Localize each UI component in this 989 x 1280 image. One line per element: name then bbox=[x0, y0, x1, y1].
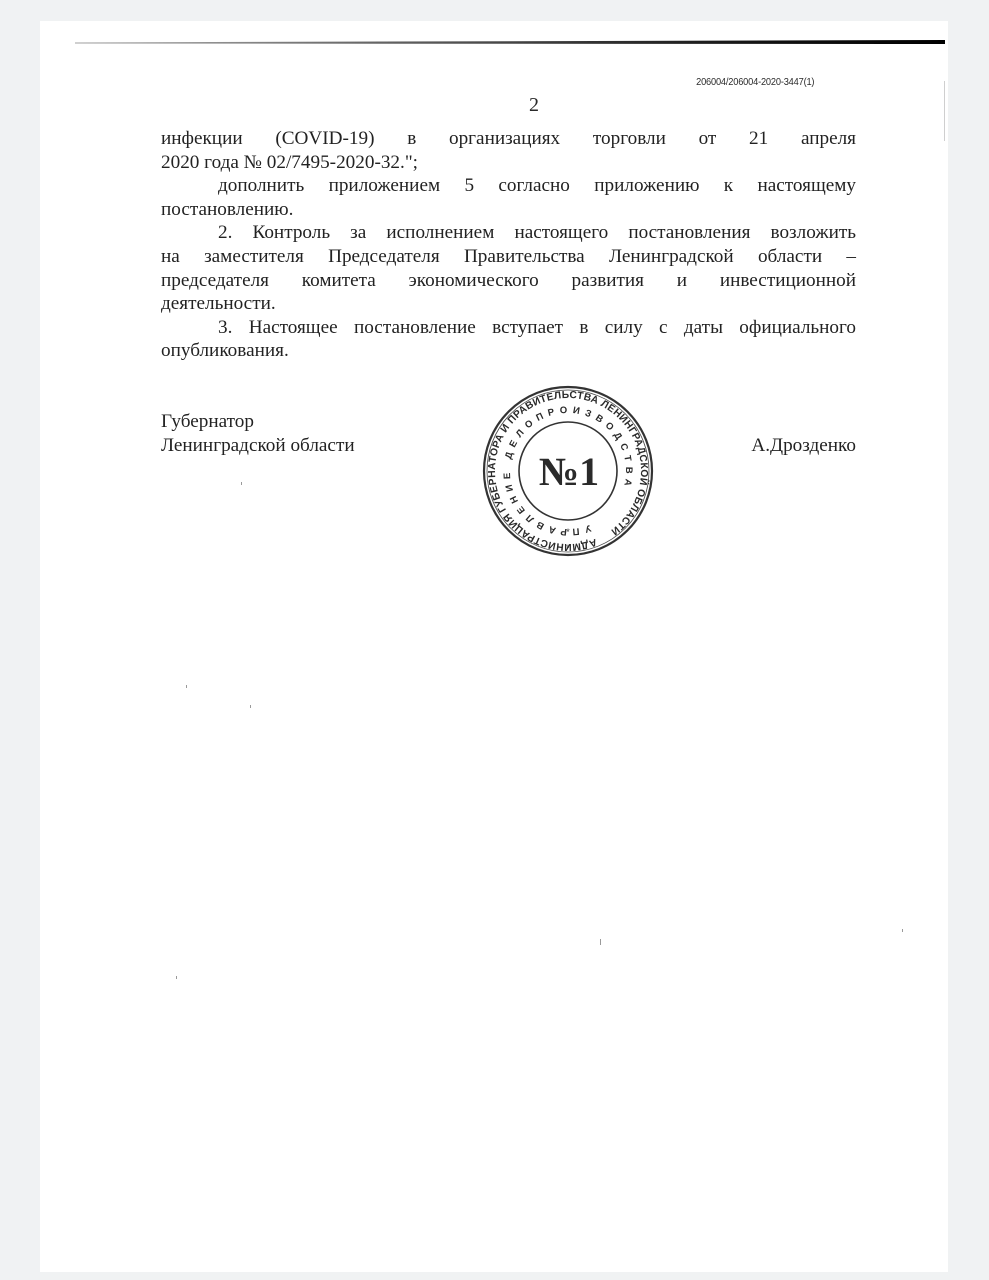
signatory-name: А.Дрозденко bbox=[751, 434, 856, 458]
stamp-separator-inner: * bbox=[566, 527, 570, 537]
scan-speck bbox=[176, 976, 177, 979]
page-number-text: 2 bbox=[529, 94, 539, 116]
scan-edge-mark bbox=[944, 81, 945, 141]
scan-speck bbox=[250, 705, 251, 708]
page-number: 2 bbox=[40, 94, 948, 117]
scan-speck bbox=[186, 685, 187, 688]
text-line: инфекции (COVID-19) в организациях торго… bbox=[161, 127, 856, 151]
text-line: дополнить приложением 5 согласно приложе… bbox=[161, 174, 856, 198]
scan-speck bbox=[241, 482, 242, 485]
text-line: 2020 года № 02/7495-2020-32."; bbox=[161, 151, 856, 175]
text-line: на заместителя Председателя Правительств… bbox=[161, 245, 856, 269]
stamp-seal-icon: АДМИНИСТРАЦИЯ ГУБЕРНАТОРА И ПРАВИТЕЛЬСТВ… bbox=[482, 385, 654, 557]
scan-speck bbox=[902, 929, 903, 932]
reference-number: 206004/206004-2020-3447(1) bbox=[696, 76, 814, 88]
text-line: председателя комитета экономического раз… bbox=[161, 269, 856, 293]
official-stamp: АДМИНИСТРАЦИЯ ГУБЕРНАТОРА И ПРАВИТЕЛЬСТВ… bbox=[482, 385, 654, 557]
text-line: деятельности. bbox=[161, 292, 856, 316]
text-line: постановлению. bbox=[161, 198, 856, 222]
paragraph-continuation: инфекции (COVID-19) в организациях торго… bbox=[161, 127, 856, 174]
signatory-title: Губернатор Ленинградской области bbox=[161, 410, 355, 458]
text-line: опубликования. bbox=[161, 339, 856, 363]
stamp-center-number: №1 bbox=[539, 449, 599, 494]
paragraph-appendix: дополнить приложением 5 согласно приложе… bbox=[161, 174, 856, 221]
document-body: инфекции (COVID-19) в организациях торго… bbox=[161, 127, 856, 363]
scan-speck bbox=[600, 939, 601, 945]
signatory-title-line1: Губернатор bbox=[161, 410, 355, 434]
document-page: 206004/206004-2020-3447(1) 2 инфекции (C… bbox=[40, 21, 948, 1272]
paragraph-control: 2. Контроль за исполнением настоящего по… bbox=[161, 221, 856, 315]
header-rule bbox=[75, 40, 945, 44]
signatory-title-line2: Ленинградской области bbox=[161, 434, 355, 458]
text-line: 3. Настоящее постановление вступает в си… bbox=[161, 316, 856, 340]
text-line: 2. Контроль за исполнением настоящего по… bbox=[161, 221, 856, 245]
stamp-separator-outer: * bbox=[566, 543, 570, 553]
paragraph-effective: 3. Настоящее постановление вступает в си… bbox=[161, 316, 856, 363]
